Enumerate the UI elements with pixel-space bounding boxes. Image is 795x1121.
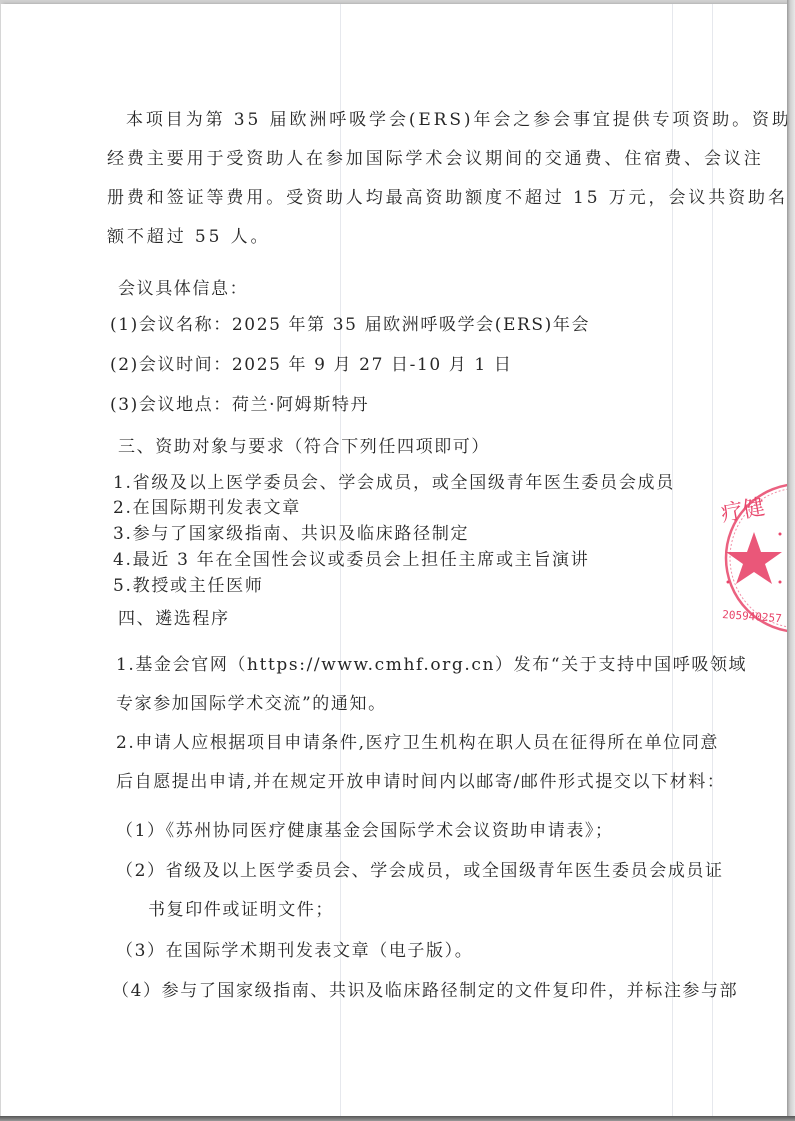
intro-line: 经费主要用于受资助人在参加国际学术会议期间的交通费、住宿费、会议注 bbox=[107, 149, 764, 169]
official-seal: 疗健 205940257 bbox=[720, 478, 787, 638]
section3-heading: 三、资助对象与要求（符合下列任四项即可） bbox=[118, 437, 490, 457]
procedure-step2-line: 2.申请人应根据项目申请条件,医疗卫生机构在职人员在征得所在单位同意 bbox=[116, 733, 719, 753]
scan-artifact-line bbox=[672, 4, 673, 1116]
material-item: （1）《苏州协同医疗健康基金会国际学术会议资助申请表》； bbox=[116, 821, 614, 841]
meeting-location: (3)会议地点：荷兰·阿姆斯特丹 bbox=[110, 395, 369, 415]
requirement-item: 5.教授或主任医师 bbox=[113, 576, 264, 596]
procedure-step1-line: 1.基金会官网（https://www.cmhf.org.cn）发布“关于支持中… bbox=[116, 655, 747, 675]
material-item-continuation: 书复印件或证明文件； bbox=[148, 900, 334, 920]
meeting-time: (2)会议时间：2025 年 9 月 27 日-10 月 1 日 bbox=[110, 355, 512, 375]
requirement-item: 2.在国际期刊发表文章 bbox=[113, 498, 301, 518]
section4-heading: 四、遴选程序 bbox=[118, 609, 230, 629]
procedure-step2-line: 后自愿提出申请,并在规定开放申请时间内以邮寄/邮件形式提交以下材料： bbox=[116, 772, 726, 792]
meeting-name: (1)会议名称：2025 年第 35 届欧洲呼吸学会(ERS)年会 bbox=[110, 315, 590, 335]
intro-line: 册费和签证等费用。受资助人均最高资助额度不超过 15 万元，会议共资助名 bbox=[107, 188, 788, 208]
material-item: （4）参与了国家级指南、共识及临床路径制定的文件复印件，并标注参与部 bbox=[112, 981, 738, 1001]
meeting-info-heading: 会议具体信息： bbox=[118, 279, 248, 299]
page-right-shadow bbox=[787, 0, 795, 1121]
material-item: （3）在国际学术期刊发表文章（电子版）。 bbox=[116, 941, 473, 961]
scan-artifact-line bbox=[712, 4, 713, 1116]
intro-line: 额不超过 55 人。 bbox=[107, 227, 270, 247]
page-bottom-edge bbox=[0, 1116, 795, 1121]
requirement-item: 1.省级及以上医学委员会、学会成员，或全国级青年医生委员会成员 bbox=[113, 473, 675, 493]
star-icon bbox=[726, 532, 782, 584]
seal-serial: 205940257 bbox=[722, 608, 782, 625]
requirement-item: 4.最近 3 年在全国性会议或委员会上担任主席或主旨演讲 bbox=[113, 550, 589, 570]
procedure-step1-line: 专家参加国际学术交流”的通知。 bbox=[116, 694, 387, 714]
material-item: （2）省级及以上医学委员会、学会成员，或全国级青年医生委员会成员证 bbox=[116, 861, 724, 881]
requirement-item: 3.参与了国家级指南、共识及临床路径制定 bbox=[113, 524, 469, 544]
intro-line: 本项目为第 35 届欧洲呼吸学会(ERS)年会之参会事宜提供专项资助。资助 bbox=[126, 110, 792, 130]
seal-text: 疗健 bbox=[720, 495, 767, 527]
